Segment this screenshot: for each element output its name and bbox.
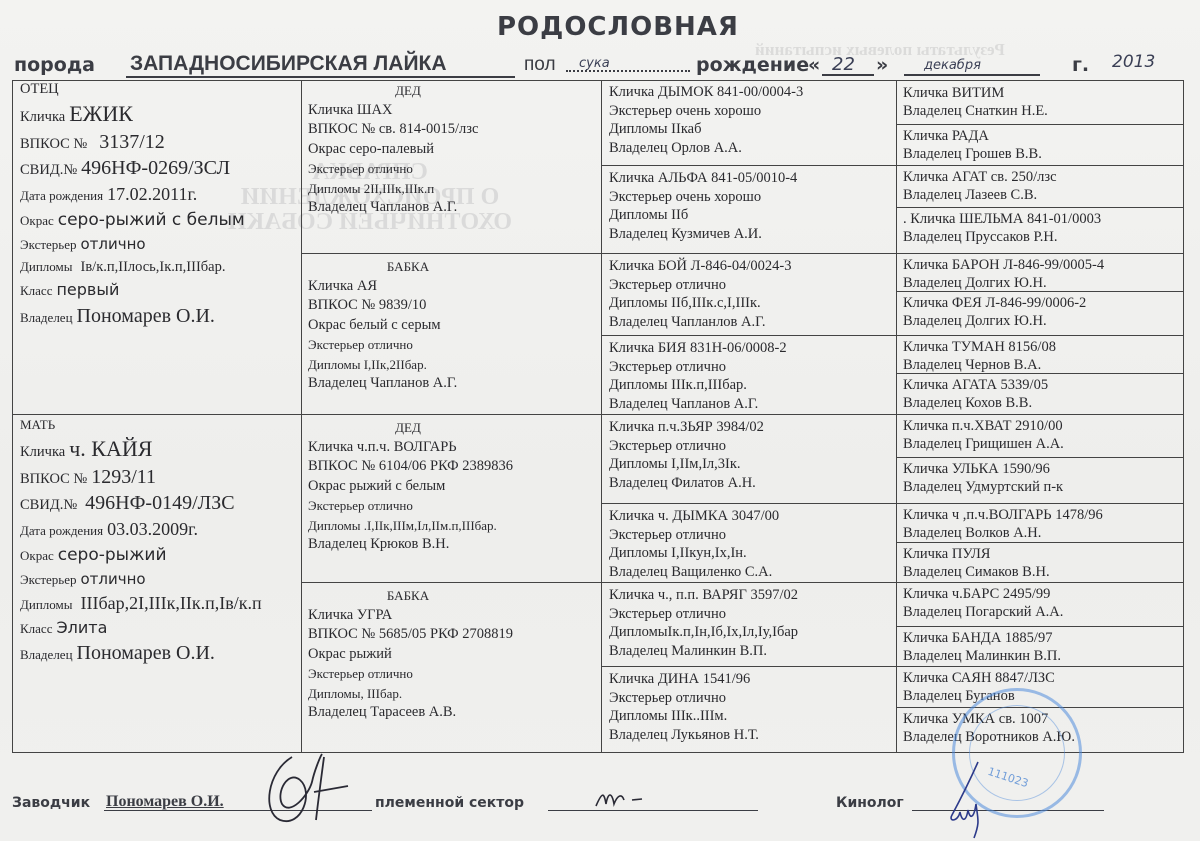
grandparent-line: Дипломы, IIIбар. [308,684,598,704]
ancestor-owner-line: Владелец Грошев В.В. [903,145,1181,163]
ancestor-name-line: Кличка АГАТА 5339/05 [903,376,1181,394]
birth-label: рождение [696,54,809,76]
great-grandparent-cell: Кличка БИЯ 831Н-06/0008-2Экстерьер отлич… [609,339,895,413]
great-great-grandparent-cell: Кличка п.ч.ХВАТ 2910/00Владелец Грищишен… [903,417,1181,453]
ancestor-detail-line: Владелец Ващиленко С.А. [609,563,895,582]
ancestor-owner-line: Владелец Симаков В.Н. [903,563,1181,581]
year-label: г. [1072,54,1089,76]
grandparent-line: ВПКОС № св. 814-0015/лзс [308,120,598,140]
row-divider [896,165,1183,166]
ancestor-owner-line: Владелец Волков А.Н. [903,524,1181,542]
row-divider [896,457,1183,458]
birth-day-close: » [876,54,888,76]
name-label: Кличка [20,444,65,460]
paternal-grandmother-cell: БАБКА Кличка АЯ ВПКОС № 9839/10 Окрас бе… [308,257,598,394]
ancestor-detail-line: Дипломы IIб [609,206,895,225]
father-vpkos: 3137/12 [99,131,165,153]
birth-day-open: « [808,54,820,76]
ancestor-detail-line: Экстерьер отлично [609,437,895,456]
great-grandparent-cell: Кличка АЛЬФА 841-05/0010-4Экстерьер очен… [609,169,895,243]
father-name: ЕЖИК [69,101,133,126]
ancestor-name-line: Кличка ДИНА 1541/96 [609,670,895,689]
header-row: порода ЗАПАДНОСИБИРСКАЯ ЛАЙКА пол сука р… [14,52,1160,78]
ancestor-detail-line: Экстерьер отлично [609,526,895,545]
great-great-grandparent-cell: Кличка БАРОН Л-846-99/0005-4Владелец Дол… [903,256,1181,292]
ancestor-name-line: Кличка РАДА [903,127,1181,145]
ancestor-owner-line: Владелец Пруссаков Р.Н. [903,228,1181,246]
dob-label: Дата рождения [20,188,103,203]
ancestor-owner-line: Владелец Долгих Ю.Н. [903,312,1181,330]
svid-label: СВИД.№ [20,497,77,513]
ancestor-name-line: Кличка ч. ДЫМКА 3047/00 [609,507,895,526]
grandparent-line: Экстерьер отлично [308,335,598,355]
ancestor-detail-line: Дипломы I,IIкун,Iх,Iн. [609,544,895,563]
father-diplomas: Iв/к.п,IIлось,Iк.п,IIIбар. [80,259,225,275]
great-grandparent-cell: Кличка ч. ДЫМКА 3047/00Экстерьер отлично… [609,507,895,581]
row-divider [896,414,1183,415]
maternal-grandmother-cell: БАБКА Кличка УГРА ВПКОС № 5685/05 РКФ 27… [308,586,598,723]
pedigree-grid: ОТЕЦ Кличка ЕЖИК ВПКОС № 3137/12 СВИД.№ … [12,80,1184,753]
breed-value: ЗАПАДНОСИБИРСКАЯ ЛАЙКА [126,52,515,78]
ancestor-detail-line: Экстерьер очень хорошо [609,102,895,121]
birth-month-underline [904,74,1040,76]
row-divider [601,165,896,166]
birth-year: 2013 [1112,52,1155,72]
cynologist-signature [940,760,990,840]
row-divider [601,335,896,336]
ancestor-detail-line: Владелец Кузмичев А.И. [609,225,895,244]
great-grandparent-cell: Кличка ДИНА 1541/96Экстерьер отличноДипл… [609,670,895,744]
grandparent-line: Окрас рыжий с белым [308,477,598,497]
grandparent-line: Дипломы .I,IIк,IIIм,Iл,IIм.п,IIIбар. [308,516,598,536]
mother-svid: 496НФ-0149/ЛЗС [85,492,234,514]
row-divider [601,582,896,583]
ancestor-name-line: Кличка ч.БАРС 2495/99 [903,585,1181,603]
ancestor-detail-line: ДипломыIк.п,Iн,Iб,Iх,Iл,Iу,Iбар [609,623,895,642]
ancestor-owner-line: Владелец Погарский А.А. [903,603,1181,621]
ancestor-detail-line: Экстерьер отлично [609,276,895,295]
ancestor-detail-line: Экстерьер очень хорошо [609,188,895,207]
row-divider [896,335,1183,336]
grandparent-line: Экстерьер отлично [308,664,598,684]
great-great-grandparent-cell: Кличка ч ,п.ч.ВОЛГАРЬ 1478/96Владелец Во… [903,506,1181,542]
father-color: серо-рыжий с белым [58,210,245,230]
ancestor-detail-line: Экстерьер отлично [609,689,895,708]
ancestor-detail-line: Экстерьер отлично [609,358,895,377]
dob-label: Дата рождения [20,523,103,538]
grandparent-line: Кличка УГРА [308,606,598,626]
ancestor-name-line: Кличка БИЯ 831Н-06/0008-2 [609,339,895,358]
great-grandparent-cell: Кличка БОЙ Л-846-04/0024-3Экстерьер отли… [609,257,895,331]
grandparent-line: Владелец Тарасеев А.В. [308,703,598,723]
row-divider [601,414,896,415]
ancestor-name-line: . Кличка ШЕЛЬМА 841-01/0003 [903,210,1181,228]
great-grandparent-cell: Кличка ч., п.п. ВАРЯГ 3597/02Экстерьер о… [609,586,895,660]
exterior-label: Экстерьер [20,237,77,252]
cynologist-label: Кинолог [836,795,904,811]
name-label: Кличка [20,109,65,125]
row-divider [896,542,1183,543]
grandparent-heading: ДЕД [308,81,508,101]
ancestor-name-line: Кличка п.ч.ХВАТ 2910/00 [903,417,1181,435]
great-great-grandparent-cell: . Кличка ШЕЛЬМА 841-01/0003Владелец Прус… [903,210,1181,246]
grandparent-line: Окрас серо-палевый [308,140,598,160]
mother-class: Элита [56,618,107,637]
diplomas-label: Дипломы [20,597,72,612]
father-class: первый [56,280,119,299]
grandparent-line: Экстерьер отлично [308,159,598,179]
class-label: Класс [20,283,52,298]
mother-name: ч. КАЙЯ [69,436,152,461]
mother-owner: Пономарев О.И. [77,642,215,664]
ancestor-detail-line: Владелец Чапланов А.Г. [609,395,895,414]
row-divider [896,666,1183,667]
column-divider [896,81,897,752]
mother-cell: МАТЬ Кличка ч. КАЙЯ ВПКОС № 1293/11 СВИД… [20,417,300,668]
mother-vpkos: 1293/11 [91,466,156,488]
father-owner: Пономарев О.И. [77,305,215,327]
row-divider [896,207,1183,208]
ancestor-name-line: Кличка САЯН 8847/ЛЗС [903,669,1181,687]
grandparent-line: Владелец Чапланов А.Г. [308,198,598,218]
ancestor-name-line: Кличка БАНДА 1885/97 [903,629,1181,647]
ancestor-detail-line: Владелец Филатов А.Н. [609,474,895,493]
diplomas-label: Дипломы [20,259,72,274]
owner-label: Владелец [20,310,73,325]
grandparent-line: Окрас белый с серым [308,316,598,336]
ancestor-owner-line: Владелец Долгих Ю.Н. [903,274,1181,292]
ancestor-name-line: Кличка п.ч.ЗЬЯР 3984/02 [609,418,895,437]
vpkos-label: ВПКОС № [20,471,87,487]
ancestor-detail-line: Дипломы IIIк..IIIм. [609,707,895,726]
grandparent-line: Кличка АЯ [308,277,598,297]
column-divider [301,81,302,752]
father-dob: 17.02.2011г. [107,184,197,204]
grandparent-line: Владелец Крюков В.Н. [308,535,598,555]
ancestor-detail-line: Дипломы IIб,IIIк.с,I,IIIк. [609,294,895,313]
class-label: Класс [20,621,52,636]
great-grandparent-cell: Кличка ДЫМОК 841-00/0004-3Экстерьер очен… [609,83,895,157]
color-label: Окрас [20,548,54,563]
tribal-sector-signature [592,788,662,812]
sex-label: пол [524,54,556,76]
ancestor-name-line: Кличка БАРОН Л-846-99/0005-4 [903,256,1181,274]
ancestor-owner-line: Владелец Лазеев С.В. [903,186,1181,204]
svid-label: СВИД.№ [20,162,77,178]
great-grandparent-cell: Кличка п.ч.ЗЬЯР 3984/02Экстерьер отлично… [609,418,895,492]
row-divider [601,503,896,504]
father-exterior: отлично [81,235,146,253]
great-great-grandparent-cell: Кличка ФЕЯ Л-846-99/0006-2Владелец Долги… [903,294,1181,330]
great-great-grandparent-cell: Кличка ВИТИМВладелец Снаткин Н.Е. [903,84,1181,120]
ancestor-name-line: Кличка ч., п.п. ВАРЯГ 3597/02 [609,586,895,605]
ancestor-name-line: Кличка БОЙ Л-846-04/0024-3 [609,257,895,276]
ancestor-name-line: Кличка ч ,п.ч.ВОЛГАРЬ 1478/96 [903,506,1181,524]
breeder-label: Заводчик [12,795,90,811]
ancestor-name-line: Кличка ФЕЯ Л-846-99/0006-2 [903,294,1181,312]
ancestor-owner-line: Владелец Грищишен А.А. [903,435,1181,453]
breeder-signature [252,752,352,827]
grandparent-line: Окрас рыжий [308,645,598,665]
maternal-grandfather-cell: ДЕД Кличка ч.п.ч. ВОЛГАРЬ ВПКОС № 6104/0… [308,418,598,555]
ancestor-detail-line: Владелец Орлов А.А. [609,139,895,158]
grandparent-line: ВПКОС № 5685/05 РКФ 2708819 [308,625,598,645]
mother-exterior: отлично [81,570,146,588]
sex-value: сука [579,56,610,71]
ancestor-detail-line: Владелец Малинкин В.П. [609,642,895,661]
great-great-grandparent-cell: Кличка ТУМАН 8156/08Владелец Чернов В.А. [903,338,1181,374]
grandparent-line: ВПКОС № 6104/06 РКФ 2389836 [308,457,598,477]
grandparent-heading: БАБКА [308,586,508,606]
row-divider [896,626,1183,627]
grandparent-line: Кличка ч.п.ч. ВОЛГАРЬ [308,438,598,458]
ancestor-name-line: Кличка ВИТИМ [903,84,1181,102]
row-divider [13,414,601,415]
father-cell: ОТЕЦ Кличка ЕЖИК ВПКОС № 3137/12 СВИД.№ … [20,81,300,331]
row-divider [301,582,601,583]
ancestor-name-line: Кличка ПУЛЯ [903,545,1181,563]
vpkos-label: ВПКОС № [20,136,87,152]
great-great-grandparent-cell: Кличка АГАТА 5339/05Владелец Кохов В.В. [903,376,1181,412]
ancestor-name-line: Кличка УЛЬКА 1590/96 [903,460,1181,478]
father-heading: ОТЕЦ [20,81,300,97]
ancestor-detail-line: Владелец Лукьянов Н.Т. [609,726,895,745]
grandparent-heading: БАБКА [308,257,508,277]
ancestor-detail-line: Дипломы IIкаб [609,120,895,139]
father-svid: 496НФ-0269/ЗСЛ [81,157,230,179]
ancestor-detail-line: Дипломы IIIк.п,IIIбар. [609,376,895,395]
ancestor-owner-line: Владелец Снаткин Н.Е. [903,102,1181,120]
ancestor-owner-line: Владелец Удмуртский п-к [903,478,1181,496]
row-divider [601,253,896,254]
ancestor-name-line: Кличка АГАТ св. 250/лзс [903,168,1181,186]
ancestor-owner-line: Владелец Кохов В.В. [903,394,1181,412]
grandparent-line: Дипломы 2II,IIIк,IIIк.п [308,179,598,199]
row-divider [896,253,1183,254]
ancestor-owner-line: Владелец Малинкин В.П. [903,647,1181,665]
exterior-label: Экстерьер [20,572,77,587]
row-divider [896,582,1183,583]
birth-day: 22 [832,54,855,75]
ancestor-detail-line: Владелец Чапланлов А.Г. [609,313,895,332]
row-divider [896,124,1183,125]
breed-label: порода [14,54,95,76]
tribal-sector-label: племенной сектор [375,795,524,811]
color-label: Окрас [20,213,54,228]
paternal-grandfather-cell: ДЕД Кличка ШАХ ВПКОС № св. 814-0015/лзс … [308,81,598,218]
ancestor-detail-line: Дипломы I,IIм,Iл,3Iк. [609,455,895,474]
great-great-grandparent-cell: Кличка ч.БАРС 2495/99Владелец Погарский … [903,585,1181,621]
ancestor-name-line: Кличка ТУМАН 8156/08 [903,338,1181,356]
ancestor-owner-line: Владелец Чернов В.А. [903,356,1181,374]
great-great-grandparent-cell: Кличка РАДАВладелец Грошев В.В. [903,127,1181,163]
mother-heading: МАТЬ [20,417,300,433]
row-divider [896,503,1183,504]
great-great-grandparent-cell: Кличка БАНДА 1885/97Владелец Малинкин В.… [903,629,1181,665]
row-divider [301,253,601,254]
great-great-grandparent-cell: Кличка ПУЛЯВладелец Симаков В.Н. [903,545,1181,581]
grandparent-line: Владелец Чапланов А.Г. [308,374,598,394]
grandparent-line: Дипломы I,IIк,2IIбар. [308,355,598,375]
birth-month: декабря [924,58,981,73]
owner-label: Владелец [20,647,73,662]
grandparent-line: Экстерьер отлично [308,496,598,516]
row-divider [601,666,896,667]
great-great-grandparent-cell: Кличка АГАТ св. 250/лзсВладелец Лазеев С… [903,168,1181,204]
mother-diplomas: IIIбар,2I,IIIк,IIк.п,Iв/к.п [80,593,261,613]
pedigree-document: Результаты полевых испытаний СПРАВКА О П… [0,0,1200,841]
grandparent-line: Кличка ШАХ [308,101,598,121]
great-great-grandparent-cell: Кличка УЛЬКА 1590/96Владелец Удмуртский … [903,460,1181,496]
ancestor-name-line: Кличка ДЫМОК 841-00/0004-3 [609,83,895,102]
breeder-name: Пономарев О.И. [106,793,224,811]
grandparent-heading: ДЕД [308,418,508,438]
document-title: РОДОСЛОВНАЯ [497,12,739,42]
ancestor-name-line: Кличка АЛЬФА 841-05/0010-4 [609,169,895,188]
ancestor-detail-line: Экстерьер отлично [609,605,895,624]
column-divider [601,81,602,752]
grandparent-line: ВПКОС № 9839/10 [308,296,598,316]
mother-color: серо-рыжий [58,545,167,565]
mother-dob: 03.03.2009г. [107,519,198,539]
